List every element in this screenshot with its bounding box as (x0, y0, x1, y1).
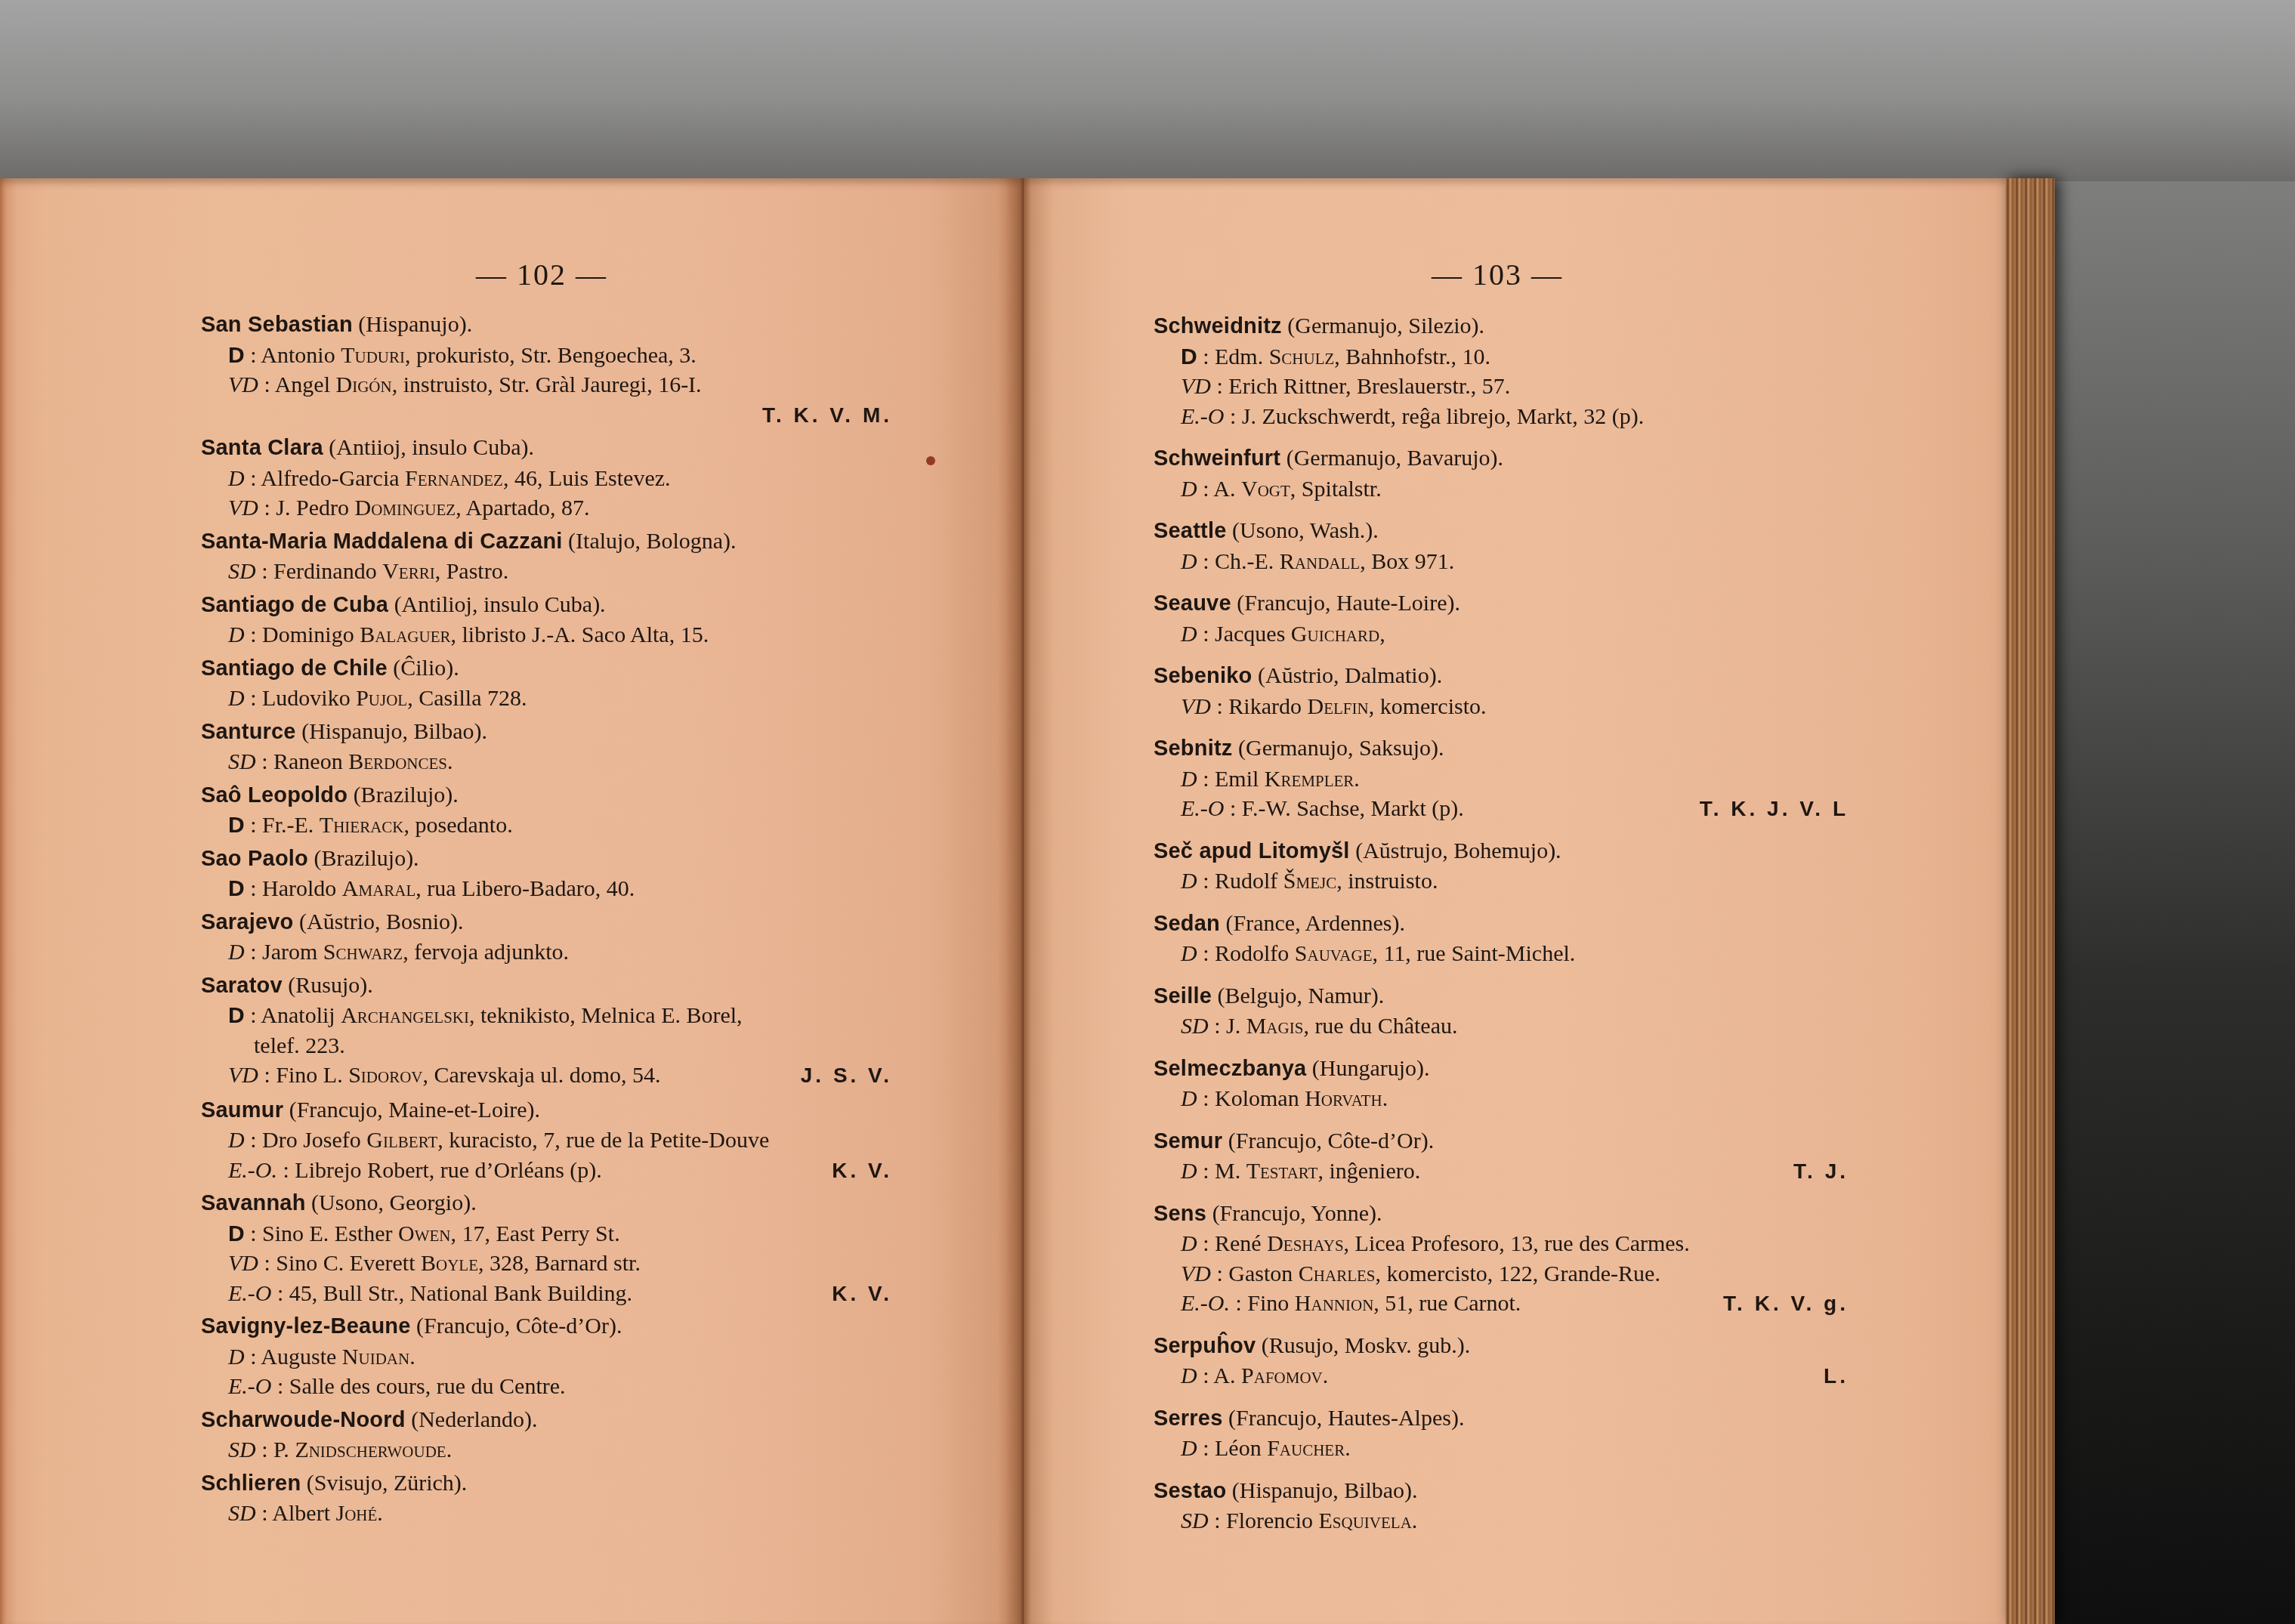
entry-heading: Saô Leopoldo (Brazilujo). (201, 780, 892, 811)
role-label: D (1181, 1436, 1197, 1461)
delegate-address: , instruisto. (1336, 869, 1438, 894)
role-label: D (1181, 344, 1197, 369)
delegate-line: SD : Ferdinando Verri, Pastro. (201, 557, 892, 587)
delegate-text: : Antonio (245, 343, 341, 368)
delegate-surname: Tuduri (341, 343, 405, 368)
region-text: (Antiioj, insulo Cuba). (323, 435, 534, 460)
delegate-address: , inĝeniero. (1317, 1159, 1420, 1184)
delegate-surname: Archangelski (341, 1003, 469, 1028)
role-label: D (1181, 1231, 1197, 1256)
region-text: (Hispanujo, Bilbao). (1226, 1478, 1417, 1503)
role-label: D (228, 1221, 245, 1246)
delegate-surname: Šmejc (1283, 869, 1336, 894)
delegate-surname: Owen (398, 1221, 450, 1246)
directory-entry: Serres (Francujo, Hautes-Alpes).D : Léon… (1154, 1403, 1849, 1464)
delegate-line: D : Edm. Schulz, Bahnhofstr., 10. (1154, 342, 1849, 372)
delegate-text: : Raneon (256, 749, 348, 774)
delegate-address: . (409, 1345, 415, 1369)
delegate-surname: Sauvage (1295, 941, 1373, 966)
directory-entry: Scharwoude-Noord (Nederlando).SD : P. Zn… (201, 1405, 892, 1465)
directory-entry: Sedan (France, Ardennes).D : Rodolfo Sau… (1154, 909, 1849, 969)
region-text: (Italujo, Bologna). (563, 529, 737, 554)
city-name: San Sebastian (201, 313, 353, 337)
directory-entry: Selmeczbanya (Hungarujo).D : Koloman Hor… (1154, 1054, 1849, 1114)
delegate-line: D : Dominigo Balaguer, libristo J.-A. Sa… (201, 620, 892, 650)
role-label: D (1181, 767, 1197, 792)
role-label: E.-O (1181, 404, 1224, 429)
region-text: (Francujo, Maine-et-Loire). (283, 1098, 540, 1122)
entry-heading: Schlieren (Svisujo, Zürich). (201, 1468, 892, 1499)
delegate-line: VD : Angel Digón, instruisto, Str. Gràl … (201, 370, 892, 400)
delegate-address: , 51, rue Carnot. (1373, 1291, 1521, 1316)
delegate-line: E.-O : F.-W. Sachse, Markt (p).T. K. J. … (1154, 794, 1849, 824)
delegate-text: : Albert (256, 1501, 336, 1526)
delegate-text: : Jacques (1197, 622, 1291, 647)
delegate-address: . (1323, 1363, 1329, 1388)
role-label: D (1181, 1159, 1197, 1184)
delegate-text: : Haroldo (245, 876, 342, 901)
delegate-address: . (377, 1501, 383, 1526)
city-name: Santiago de Chile (201, 656, 388, 681)
service-codes: T. K. V. g. (1723, 1289, 1849, 1319)
entry-heading: Santa Clara (Antiioj, insulo Cuba). (201, 433, 892, 464)
delegate-text: : Jarom (245, 940, 323, 965)
city-name: Saratov (201, 974, 283, 998)
directory-entry: Semur (Francujo, Côte-d’Or).D : M. Testa… (1154, 1126, 1849, 1187)
city-name: Sarajevo (201, 910, 294, 934)
role-label: E.-O (228, 1281, 271, 1306)
delegate-line: D : Koloman Horvath. (1154, 1084, 1849, 1114)
role-label: D (1181, 941, 1197, 966)
role-label: SD (228, 749, 256, 774)
delegate-surname: Pafomov (1241, 1363, 1323, 1388)
delegate-surname: Gilbert (366, 1128, 437, 1153)
delegate-text: : Florencio (1209, 1508, 1319, 1533)
delegate-text: : Rudolf (1197, 869, 1283, 894)
delegate-line: SD : Albert Johé. (201, 1499, 892, 1529)
delegate-line: D : Haroldo Amaral, rua Libero-Badaro, 4… (201, 874, 892, 904)
directory-entry: Serpuĥov (Rusujo, Moskv. gub.).D : A. Pa… (1154, 1331, 1849, 1391)
delegate-surname: Hannion (1295, 1291, 1374, 1316)
delegate-surname: Sidorov (348, 1063, 422, 1088)
city-name: Serres (1154, 1406, 1223, 1431)
delegate-surname: Znidscherwoude (295, 1437, 446, 1462)
delegate-text: : Emil (1197, 767, 1265, 792)
delegate-line: SD : Florencio Esquivela. (1154, 1506, 1849, 1536)
delegate-line: D : Alfredo-Garcia Fernandez, 46, Luis E… (201, 464, 892, 494)
delegate-surname: Schwarz (323, 940, 403, 965)
role-label: D (228, 813, 245, 838)
city-name: Sao Paolo (201, 847, 308, 871)
delegate-line: SD : P. Znidscherwoude. (201, 1435, 892, 1465)
entry-heading: Schweinfurt (Germanujo, Bavarujo). (1154, 443, 1849, 474)
delegate-text: : P. (256, 1437, 295, 1462)
region-text: (Aŭstrio, Bosnio). (294, 909, 464, 934)
delegate-line: D : Antonio Tuduri, prokuristo, Str. Ben… (201, 341, 892, 371)
delegate-line: D : Jacques Guichard, (1154, 619, 1849, 650)
city-name: Schweinfurt (1154, 446, 1280, 471)
service-codes: K. V. (832, 1279, 892, 1309)
delegate-text: : Dro Josefo (245, 1128, 367, 1153)
delegate-line: D : M. Testart, inĝeniero.T. J. (1154, 1156, 1849, 1187)
delegate-address: . (447, 749, 453, 774)
delegate-surname: Krempler (1265, 767, 1354, 792)
role-label: D (1181, 549, 1197, 574)
region-text: (Rusujo, Moskv. gub.). (1256, 1333, 1470, 1358)
region-text: (Aŭstrio, Dalmatio). (1253, 663, 1443, 688)
directory-entry: San Sebastian (Hispanujo).D : Antonio Tu… (201, 310, 892, 430)
role-label: D (1181, 1086, 1197, 1111)
city-name: Saumur (201, 1098, 283, 1122)
entry-heading: Selmeczbanya (Hungarujo). (1154, 1054, 1849, 1085)
role-label: D (1181, 1363, 1197, 1388)
city-name: Seauve (1154, 591, 1231, 616)
delegate-line: D : Ch.-E. Randall, Box 971. (1154, 547, 1849, 577)
delegate-address: , Spitalstr. (1290, 477, 1382, 502)
delegate-line: VD : J. Pedro Dominguez, Apartado, 87. (201, 493, 892, 523)
delegate-text: : Fino L. (258, 1063, 348, 1088)
delegate-address: , rue du Château. (1303, 1014, 1457, 1039)
service-codes: J. S. V. (801, 1061, 892, 1091)
delegate-surname: Boyle (421, 1251, 478, 1276)
entry-heading: Saumur (Francujo, Maine-et-Loire). (201, 1095, 892, 1126)
entry-heading: Serpuĥov (Rusujo, Moskv. gub.). (1154, 1331, 1849, 1362)
entry-heading: Seč apud Litomyšl (Aŭstrujo, Bohemujo). (1154, 836, 1849, 867)
delegate-text: : Ch.-E. (1197, 549, 1280, 574)
role-label: SD (228, 1437, 256, 1462)
delegate-address: , Bahnhofstr., 10. (1334, 344, 1490, 369)
delegate-line: E.-O : J. Zuckschwerdt, reĝa librejo, Ma… (1154, 402, 1849, 432)
directory-entry: Schlieren (Svisujo, Zürich).SD : Albert … (201, 1468, 892, 1529)
delegate-address: , Carevskaja ul. domo, 54. (423, 1063, 661, 1088)
delegate-text: : Dominigo (245, 622, 360, 647)
delegate-text: : Salle des cours, rue du Centre. (271, 1374, 565, 1399)
delegate-address: . (1354, 767, 1360, 792)
region-text: (Francujo, Côte-d’Or). (411, 1314, 622, 1338)
delegate-address: , instruisto, Str. Gràl Jauregi, 16-I. (392, 372, 702, 397)
delegate-line: D : Léon Faucher. (1154, 1434, 1849, 1464)
directory-entry: Savannah (Usono, Georgio).D : Sino E. Es… (201, 1188, 892, 1308)
delegate-text: : Erich Rittner, Breslauerstr., 57. (1211, 374, 1510, 399)
city-name: Sens (1154, 1202, 1206, 1226)
delegate-text: : Ferdinando (256, 559, 382, 584)
delegate-address: , komercisto, 122, Grande-Rue. (1376, 1261, 1660, 1286)
region-text: (Francujo, Haute-Loire). (1231, 591, 1460, 616)
region-text: (Aŭstrujo, Bohemujo). (1350, 838, 1561, 863)
service-codes: T. K. V. M. (762, 403, 892, 427)
entry-heading: Sedan (France, Ardennes). (1154, 909, 1849, 940)
delegate-line: D : Ludoviko Pujol, Casilla 728. (201, 684, 892, 714)
role-label: D (1181, 477, 1197, 502)
region-text: (Antilioj, insulo Cuba). (388, 592, 606, 617)
service-codes: T. K. J. V. L (1700, 794, 1849, 824)
delegate-line: E.-O. : Librejo Robert, rue d’Orléans (p… (201, 1156, 892, 1186)
entry-heading: Serres (Francujo, Hautes-Alpes). (1154, 1403, 1849, 1434)
city-name: Seille (1154, 984, 1212, 1008)
entry-heading: Sebeniko (Aŭstrio, Dalmatio). (1154, 661, 1849, 692)
delegate-text: : A. (1197, 477, 1241, 502)
role-label: D (228, 1003, 245, 1028)
region-text: (Ĉilio). (388, 656, 459, 681)
entry-heading: Sens (Francujo, Yonne). (1154, 1199, 1849, 1230)
city-name: Seattle (1154, 519, 1227, 543)
directory-entry: Seattle (Usono, Wash.).D : Ch.-E. Randal… (1154, 516, 1849, 576)
delegate-text: : Rikardo (1211, 694, 1308, 719)
delegate-line: D : Rudolf Šmejc, instruisto. (1154, 866, 1849, 897)
delegate-address: , 11, rue Saint-Michel. (1372, 941, 1575, 966)
delegate-line: E.-O. : Fino Hannion, 51, rue Carnot.T. … (1154, 1289, 1849, 1319)
role-label: D (228, 940, 245, 965)
region-text: (Hispanujo). (353, 312, 472, 337)
delegate-text: : Sino E. Esther (245, 1221, 398, 1246)
role-label: E.-O. (1181, 1291, 1230, 1316)
delegate-address: , prokuristo, Str. Bengoechea, 3. (405, 343, 697, 368)
right-column: Schweidnitz (Germanujo, Silezio).D : Edm… (1154, 311, 1849, 1548)
delegate-line: D : Auguste Nuidan. (201, 1342, 892, 1372)
delegate-line: SD : Raneon Berdonces. (201, 747, 892, 777)
delegate-address: , kuracisto, 7, rue de la Petite-Douve (437, 1128, 769, 1153)
city-name: Santurce (201, 720, 296, 744)
region-text: (Brazilujo). (308, 846, 419, 871)
delegate-text: : J. Zuckschwerdt, reĝa librejo, Markt, … (1224, 404, 1644, 429)
role-label: VD (228, 1063, 258, 1088)
region-text: (Francujo, Côte-d’Or). (1222, 1128, 1434, 1153)
delegate-text: : Rodolfo (1197, 941, 1295, 966)
region-text: (Belgujo, Namur). (1212, 983, 1384, 1008)
directory-entry: Seille (Belgujo, Namur).SD : J. Magis, r… (1154, 981, 1849, 1042)
delegate-text: : Edm. (1197, 344, 1269, 369)
delegate-line: D : A. Vogt, Spitalstr. (1154, 474, 1849, 505)
directory-entry: Santa-Maria Maddalena di Cazzani (Italuj… (201, 526, 892, 587)
delegate-text: : Sino C. Everett (258, 1251, 421, 1276)
role-label: D (1181, 869, 1197, 894)
delegate-text: : A. (1197, 1363, 1241, 1388)
delegate-surname: Johé (336, 1501, 378, 1526)
service-codes-line: T. K. V. M. (201, 400, 892, 431)
directory-entry: Seč apud Litomyšl (Aŭstrujo, Bohemujo).D… (1154, 836, 1849, 897)
directory-entry: Sebnitz (Germanujo, Saksujo).D : Emil Kr… (1154, 733, 1849, 824)
delegate-address: , posedanto. (404, 813, 513, 838)
region-text: (Rusujo). (283, 973, 373, 998)
directory-entry: Schweidnitz (Germanujo, Silezio).D : Edm… (1154, 311, 1849, 431)
delegate-surname: Magis (1246, 1014, 1304, 1039)
city-name: Serpuĥov (1154, 1334, 1256, 1358)
role-label: VD (1181, 694, 1211, 719)
delegate-text: : J. Pedro (258, 496, 355, 520)
region-text: (Francujo, Yonne). (1206, 1201, 1382, 1226)
delegate-surname: Balaguer (360, 622, 450, 647)
city-name: Scharwoude-Noord (201, 1408, 406, 1432)
region-text: (Nederlando). (406, 1407, 538, 1432)
role-label: D (228, 343, 245, 368)
service-codes: K. V. (832, 1156, 892, 1186)
delegate-address: . (1412, 1508, 1418, 1533)
open-book: — 102 — San Sebastian (Hispanujo).D : An… (0, 178, 2055, 1624)
directory-entry: Saumur (Francujo, Maine-et-Loire).D : Dr… (201, 1095, 892, 1186)
delegate-line: D : Jarom Schwarz, fervoja adjunkto. (201, 937, 892, 968)
directory-entry: Sens (Francujo, Yonne).D : René Deshays,… (1154, 1199, 1849, 1319)
entry-heading: Santa-Maria Maddalena di Cazzani (Italuj… (201, 526, 892, 557)
service-codes: T. J. (1793, 1156, 1849, 1187)
delegate-surname: Amaral (342, 876, 416, 901)
left-column: San Sebastian (Hispanujo).D : Antonio Tu… (201, 310, 892, 1532)
region-text: (Usono, Wash.). (1227, 518, 1379, 543)
directory-entry: Sarajevo (Aŭstrio, Bosnio).D : Jarom Sch… (201, 907, 892, 968)
entry-heading: Santiago de Cuba (Antilioj, insulo Cuba)… (201, 590, 892, 621)
delegate-line: D : René Deshays, Licea Profesoro, 13, r… (1154, 1229, 1849, 1259)
role-label: D (228, 1128, 245, 1153)
entry-heading: Saratov (Rusujo). (201, 971, 892, 1002)
delegate-line: D : Fr.-E. Thierack, posedanto. (201, 810, 892, 841)
role-label: D (228, 622, 245, 647)
entry-heading: Seauve (Francujo, Haute-Loire). (1154, 588, 1849, 619)
delegate-line: VD : Sino C. Everett Boyle, 328, Barnard… (201, 1249, 892, 1279)
delegate-address: , rua Libero-Badaro, 40. (415, 876, 635, 901)
role-label: VD (228, 496, 258, 520)
directory-entry: Sestao (Hispanujo, Bilbao).SD : Florenci… (1154, 1476, 1849, 1536)
city-name: Sebeniko (1154, 664, 1253, 688)
delegate-text: : Auguste (245, 1345, 342, 1369)
delegate-address: , Box 971. (1360, 549, 1454, 574)
delegate-text: : 45, Bull Str., National Bank Building. (271, 1281, 632, 1306)
entry-continuation: telef. 223. (201, 1031, 892, 1061)
delegate-address: , teknikisto, Melnica E. Borel, (469, 1003, 743, 1028)
delegate-surname: Verri (382, 559, 435, 584)
entry-heading: Santiago de Chile (Ĉilio). (201, 653, 892, 684)
role-label: E.-O. (228, 1158, 277, 1183)
directory-entry: Savigny-lez-Beaune (Francujo, Côte-d’Or)… (201, 1311, 892, 1402)
delegate-line: E.-O : Salle des cours, rue du Centre. (201, 1372, 892, 1402)
delegate-address: , Apartado, 87. (456, 496, 589, 520)
entry-heading: Savigny-lez-Beaune (Francujo, Côte-d’Or)… (201, 1311, 892, 1342)
delegate-text: : Fino (1230, 1291, 1295, 1316)
entry-heading: Seattle (Usono, Wash.). (1154, 516, 1849, 547)
role-label: SD (228, 559, 256, 584)
delegate-line: VD : Erich Rittner, Breslauerstr., 57. (1154, 372, 1849, 402)
delegate-line: D : Dro Josefo Gilbert, kuracisto, 7, ru… (201, 1125, 892, 1156)
ink-stain (926, 456, 935, 465)
right-page: — 103 — Schweidnitz (Germanujo, Silezio)… (1024, 178, 2013, 1624)
delegate-surname: Vogt (1241, 477, 1290, 502)
entry-heading: Semur (Francujo, Côte-d’Or). (1154, 1126, 1849, 1157)
directory-entry: Sebeniko (Aŭstrio, Dalmatio).VD : Rikard… (1154, 661, 1849, 721)
role-label: VD (228, 372, 258, 397)
role-label: E.-O (228, 1374, 271, 1399)
delegate-line: SD : J. Magis, rue du Château. (1154, 1011, 1849, 1042)
city-name: Seč apud Litomyšl (1154, 839, 1350, 863)
region-text: (Usono, Georgio). (306, 1190, 477, 1215)
entry-heading: Sarajevo (Aŭstrio, Bosnio). (201, 907, 892, 938)
role-label: D (228, 466, 245, 491)
city-name: Santa Clara (201, 436, 323, 460)
delegate-surname: Schulz (1269, 344, 1335, 369)
role-label: SD (1181, 1508, 1209, 1533)
city-name: Schweidnitz (1154, 314, 1282, 338)
delegate-surname: Randall (1280, 549, 1360, 574)
backdrop-top (0, 0, 2295, 181)
left-page: — 102 — San Sebastian (Hispanujo).D : An… (0, 178, 1024, 1624)
role-label: SD (228, 1501, 256, 1526)
delegate-line: D : A. Pafomov.L. (1154, 1361, 1849, 1391)
directory-entry: Saô Leopoldo (Brazilujo).D : Fr.-E. Thie… (201, 780, 892, 841)
directory-entry: Santa Clara (Antiioj, insulo Cuba).D : A… (201, 433, 892, 523)
role-label: D (228, 876, 245, 901)
role-label: D (1181, 622, 1197, 647)
directory-entry: Saratov (Rusujo).D : Anatolij Archangels… (201, 971, 892, 1091)
delegate-surname: Guichard (1291, 622, 1379, 647)
delegate-text: : Koloman (1197, 1086, 1305, 1111)
role-label: D (228, 686, 245, 711)
delegate-text: : Gaston (1211, 1261, 1299, 1286)
role-label: VD (1181, 1261, 1211, 1286)
entry-heading: Scharwoude-Noord (Nederlando). (201, 1405, 892, 1436)
delegate-surname: Dominguez (355, 496, 456, 520)
directory-entry: Sao Paolo (Brazilujo).D : Haroldo Amaral… (201, 844, 892, 904)
delegate-address: , 17, East Perry St. (450, 1221, 619, 1246)
delegate-line: D : Anatolij Archangelski, teknikisto, M… (201, 1001, 892, 1031)
directory-entry: Santiago de Cuba (Antilioj, insulo Cuba)… (201, 590, 892, 650)
city-name: Selmeczbanya (1154, 1057, 1306, 1081)
delegate-line: VD : Fino L. Sidorov, Carevskaja ul. dom… (201, 1061, 892, 1091)
region-text: (Francujo, Hautes-Alpes). (1223, 1406, 1465, 1431)
delegate-address: , komercisto. (1369, 694, 1487, 719)
backdrop-right (2055, 181, 2295, 1624)
directory-entry: Santiago de Chile (Ĉilio).D : Ludoviko P… (201, 653, 892, 714)
page-number-left: — 102 — (476, 257, 607, 292)
role-label: VD (1181, 374, 1211, 399)
role-label: VD (228, 1251, 258, 1276)
delegate-text: : Librejo Robert, rue d’Orléans (p). (277, 1158, 602, 1183)
delegate-text: : F.-W. Sachse, Markt (p). (1224, 796, 1463, 821)
delegate-surname: Digón (336, 372, 392, 397)
region-text: (Brazilujo). (347, 783, 459, 807)
city-name: Sebnitz (1154, 736, 1233, 761)
delegate-address: , 328, Barnard str. (478, 1251, 641, 1276)
region-text: (France, Ardennes). (1220, 911, 1405, 936)
city-name: Savannah (201, 1191, 306, 1215)
delegate-address: , 46, Luis Estevez. (503, 466, 671, 491)
entry-heading: Sebnitz (Germanujo, Saksujo). (1154, 733, 1849, 764)
city-name: Sestao (1154, 1479, 1226, 1503)
delegate-line: D : Rodolfo Sauvage, 11, rue Saint-Miche… (1154, 939, 1849, 969)
delegate-surname: Delfin (1308, 694, 1369, 719)
entry-heading: Savannah (Usono, Georgio). (201, 1188, 892, 1219)
delegate-line: VD : Rikardo Delfin, komercisto. (1154, 692, 1849, 722)
delegate-text: : M. (1197, 1159, 1246, 1184)
delegate-text: : Léon (1197, 1436, 1267, 1461)
delegate-address: , Pastro. (435, 559, 509, 584)
delegate-text: : René (1197, 1231, 1267, 1256)
delegate-surname: Horvath (1305, 1086, 1382, 1111)
region-text: (Svisujo, Zürich). (301, 1471, 467, 1496)
delegate-surname: Berdonces (348, 749, 447, 774)
city-name: Santiago de Cuba (201, 593, 388, 617)
delegate-address: , Casilla 728. (407, 686, 527, 711)
entry-heading: Sao Paolo (Brazilujo). (201, 844, 892, 875)
directory-entry: Seauve (Francujo, Haute-Loire).D : Jacqu… (1154, 588, 1849, 649)
page-number-right: — 103 — (1432, 257, 1563, 292)
region-text: (Hungarujo). (1306, 1056, 1429, 1081)
city-name: Santa-Maria Maddalena di Cazzani (201, 529, 563, 554)
delegate-surname: Charles (1299, 1261, 1376, 1286)
entry-heading: Schweidnitz (Germanujo, Silezio). (1154, 311, 1849, 342)
delegate-address: . (1345, 1436, 1351, 1461)
region-text: (Germanujo, Silezio). (1282, 313, 1484, 338)
region-text: (Hispanujo, Bilbao). (296, 719, 487, 744)
delegate-address: . (1382, 1086, 1388, 1111)
region-text: (Germanujo, Bavarujo). (1280, 446, 1503, 471)
city-name: Saô Leopoldo (201, 783, 347, 807)
